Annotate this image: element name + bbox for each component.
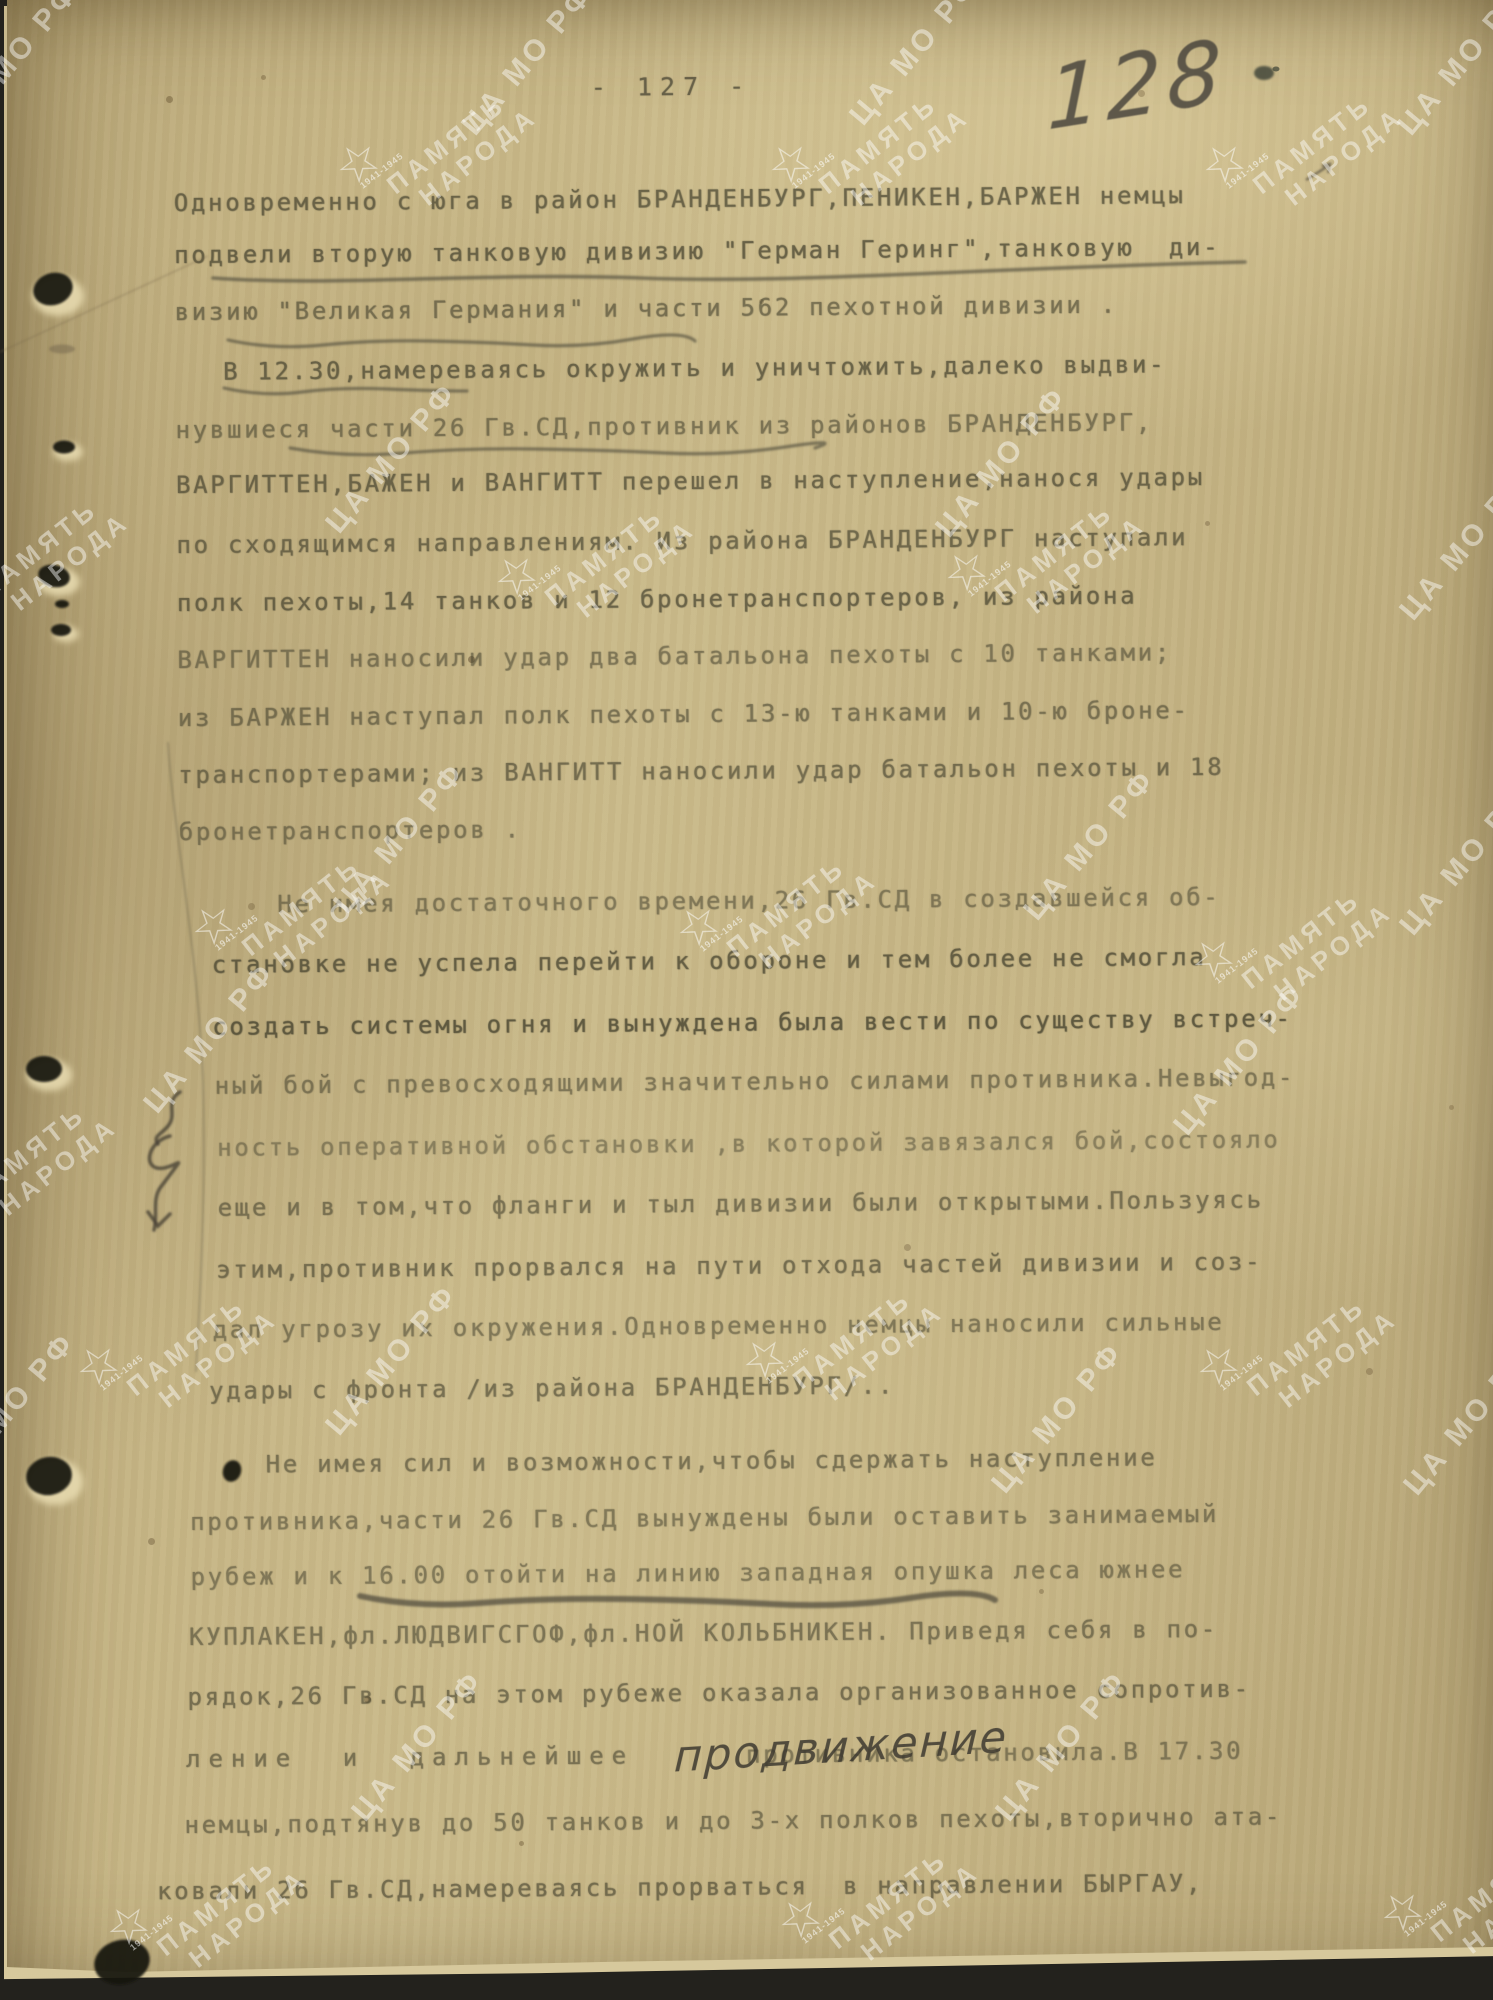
pencil-tick [1306,164,1330,180]
underline-thick [360,1593,995,1605]
fold-line [168,742,204,1372]
underline-wavy-3 [290,443,825,455]
pencil-underlines [213,262,1245,1605]
hole-halos [26,276,84,1505]
document-scan: - 127 - Одновременно с юга в район БРАНД… [0,0,1493,2000]
underline-wavy-1 [228,335,695,347]
smudge [49,345,75,354]
hole-darks [23,268,244,1991]
underline-wavy-2 [224,388,467,394]
ink-blot [1254,66,1280,80]
pencil-annotations-and-damage [0,0,1493,2000]
scanned-archive-page: { "page": { "typed_number": "- 127 -", "… [0,0,1493,2000]
pencil-margin-mark [148,1092,180,1230]
crease-line [0,256,208,352]
underline-long [213,262,1245,281]
paper-holes [23,268,244,1991]
